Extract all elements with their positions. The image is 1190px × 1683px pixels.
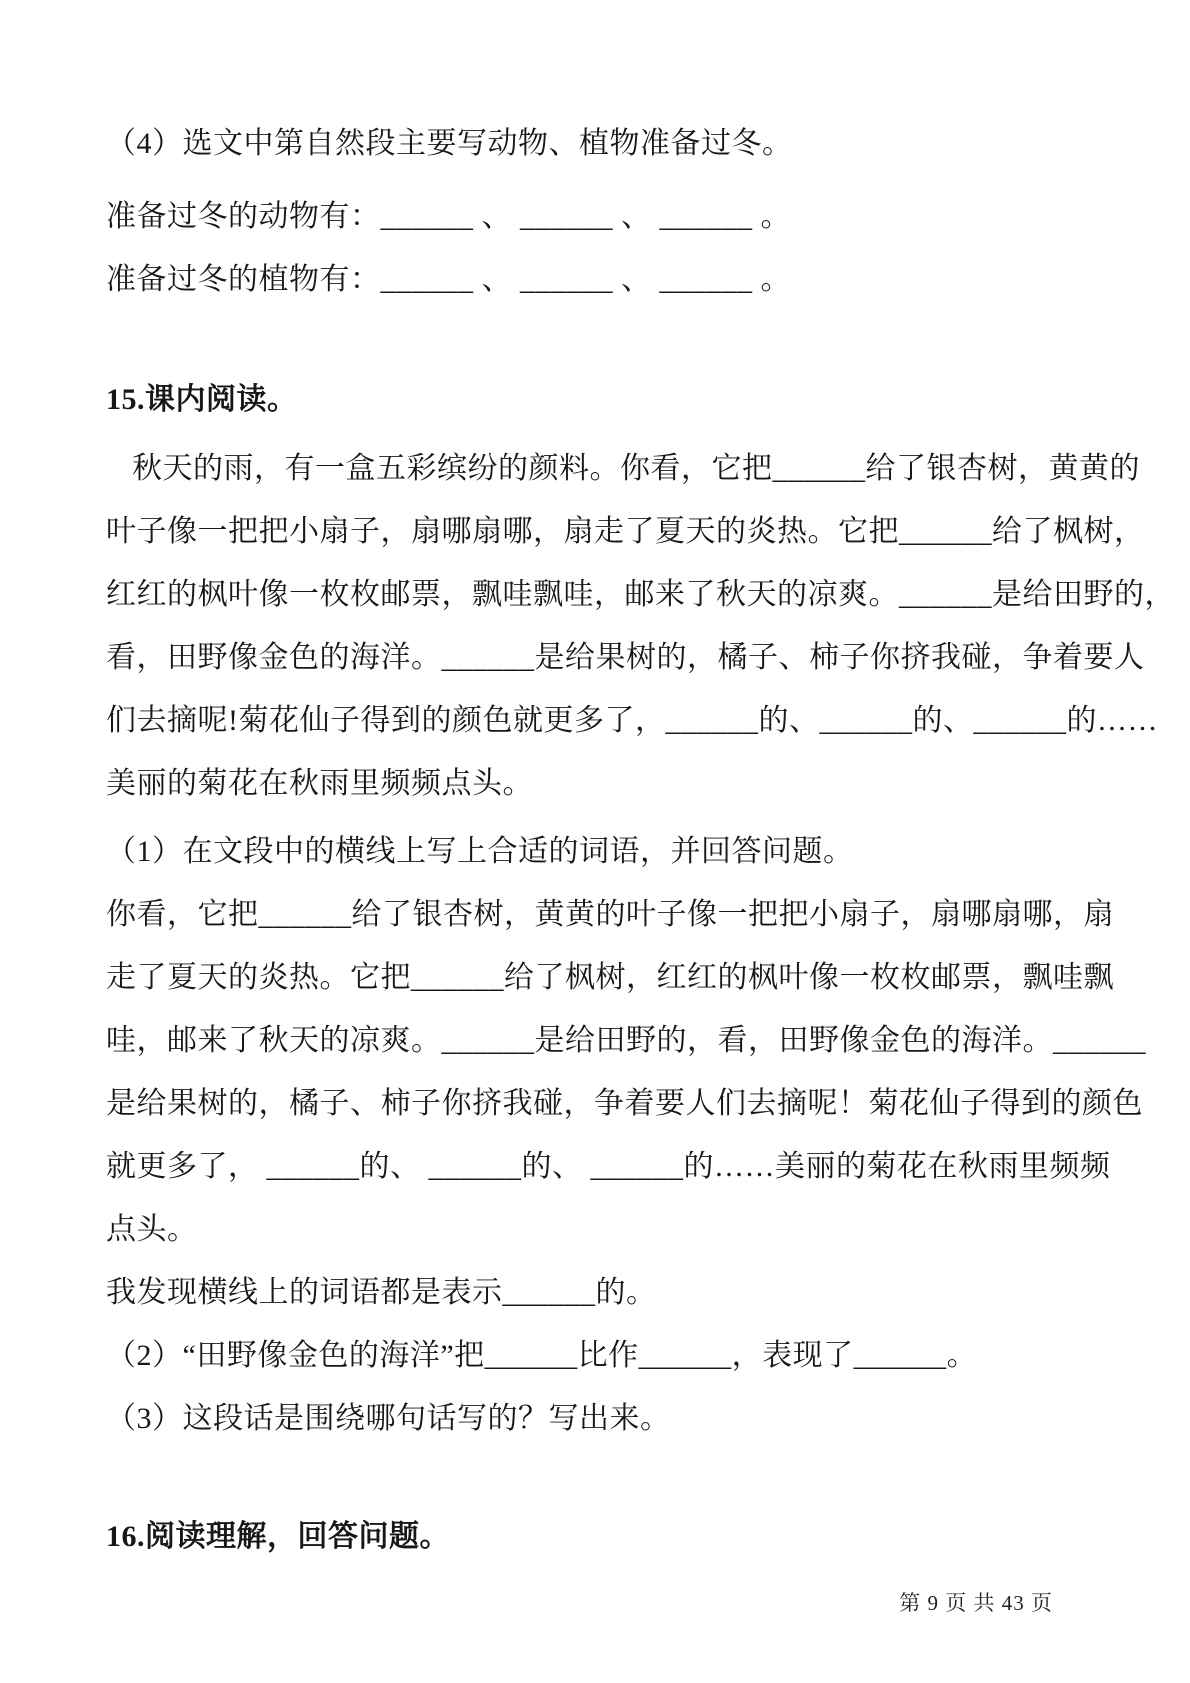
passage-line: 们去摘呢!菊花仙子得到的颜色就更多了，______的、______的、_____…: [106, 689, 1090, 752]
page-footer: 第 9 页 共 43 页: [899, 1588, 1053, 1618]
question-16-heading: 16.阅读理解，回答问题。: [106, 1505, 1090, 1568]
passage-repeat-line: 哇，邮来了秋天的凉爽。______是给田野的，看，田野像金色的海洋。______: [106, 1009, 1090, 1072]
question-15-1-finding-blank-line: 我发现横线上的词语都是表示______的。: [106, 1261, 1090, 1324]
question-15-3-prompt: （3）这段话是围绕哪句话写的？写出来。: [106, 1387, 1090, 1450]
passage-line: 秋天的雨，有一盒五彩缤纷的颜料。你看，它把______给了银杏树，黄黄的: [106, 437, 1090, 500]
passage-repeat-line: 是给果树的，橘子、柿子你挤我碰，争着要人们去摘呢！菊花仙子得到的颜色: [106, 1072, 1090, 1135]
question-15-1-prompt: （1）在文段中的横线上写上合适的词语，并回答问题。: [106, 820, 1090, 883]
question-4-animals-blank-line: 准备过冬的动物有：______ 、 ______ 、 ______ 。: [106, 185, 1090, 248]
passage-repeat-line: 点头。: [106, 1198, 1090, 1261]
document-page: （4）选文中第自然段主要写动物、植物准备过冬。 准备过冬的动物有：______ …: [0, 0, 1190, 1683]
passage-line: 叶子像一把把小扇子，扇哪扇哪，扇走了夏天的炎热。它把______给了枫树，: [106, 500, 1090, 563]
question-15-2-prompt: （2）“田野像金色的海洋”把______比作______，表现了______。: [106, 1324, 1090, 1387]
passage-line: 美丽的菊花在秋雨里频频点头。: [106, 752, 1090, 815]
passage-line: 红红的枫叶像一枚枚邮票，飘哇飘哇，邮来了秋天的凉爽。______是给田野的，: [106, 563, 1090, 626]
passage-repeat-line: 你看，它把______给了银杏树，黄黄的叶子像一把把小扇子，扇哪扇哪，扇: [106, 883, 1090, 946]
question-15-heading: 15.课内阅读。: [106, 368, 1090, 431]
question-4-prompt: （4）选文中第自然段主要写动物、植物准备过冬。: [106, 112, 1090, 175]
passage-repeat-line: 就更多了， ______的、 ______的、 ______的……美丽的菊花在秋…: [106, 1135, 1090, 1198]
passage-line: 看，田野像金色的海洋。______是给果树的，橘子、柿子你挤我碰，争着要人: [106, 626, 1090, 689]
question-4-plants-blank-line: 准备过冬的植物有：______ 、 ______ 、 ______ 。: [106, 248, 1090, 311]
passage-repeat-line: 走了夏天的炎热。它把______给了枫树，红红的枫叶像一枚枚邮票，飘哇飘: [106, 946, 1090, 1009]
